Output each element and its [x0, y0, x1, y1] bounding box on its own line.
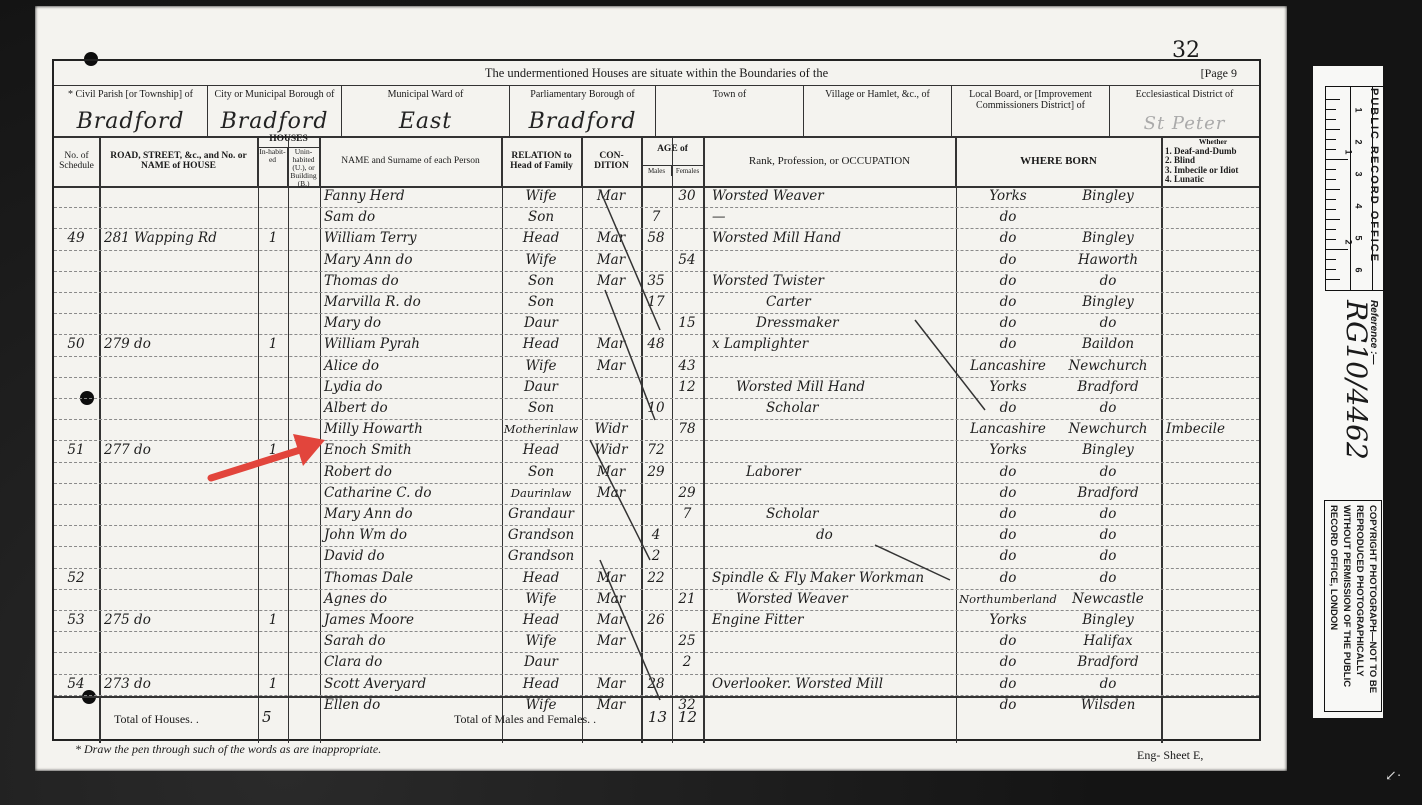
condition	[582, 207, 640, 228]
schedule-number	[54, 652, 98, 673]
birth-county: do	[958, 631, 1058, 652]
person-name: Enoch Smith	[320, 440, 504, 461]
person-name: Thomas Dale	[320, 568, 504, 589]
birth-place: Newcastle	[1056, 589, 1160, 610]
condition: Mar	[582, 462, 640, 483]
birth-place: Newchurch	[1056, 356, 1160, 377]
infirmity	[1162, 652, 1266, 673]
person-name: Robert do	[320, 462, 504, 483]
inhabited-count	[258, 186, 288, 207]
boundary-value: Bradford	[510, 109, 655, 134]
table-row: Sarah do Wife Mar 25 do Halifax	[54, 631, 1259, 653]
birth-place: do	[1056, 462, 1160, 483]
relation: Motherinlaw	[502, 419, 580, 440]
inhabited-count	[258, 292, 288, 313]
footnote: * Draw the pen through such of the words…	[75, 742, 381, 757]
relation: Head	[502, 228, 580, 249]
male-age: 22	[642, 568, 670, 589]
header-whether: Whether 1. Deaf-and-Dumb 2. Blind 3. Imb…	[1162, 136, 1261, 186]
schedule-number: 51	[54, 440, 98, 461]
column-header-row: No. of Schedule ROAD, STREET, &c., and N…	[54, 136, 1259, 188]
road-address	[102, 356, 259, 377]
male-age	[642, 631, 670, 652]
relation: Wife	[502, 589, 580, 610]
birth-county: do	[958, 250, 1058, 271]
relation: Wife	[502, 356, 580, 377]
relation: Son	[502, 271, 580, 292]
female-age	[672, 525, 702, 546]
inhabited-count	[258, 589, 288, 610]
whether-option: 4. Lunatic	[1165, 175, 1204, 185]
infirmity: Imbecile	[1162, 419, 1266, 440]
female-age: 29	[672, 483, 702, 504]
infirmity	[1162, 228, 1266, 249]
occupation	[706, 419, 962, 440]
inhabited-count: 1	[258, 674, 288, 695]
road-address	[102, 525, 259, 546]
header-relation: RELATION to Head of Family	[502, 136, 582, 186]
table-row: 50 279 do 1 William Pyrah Head Mar 48 x …	[54, 334, 1259, 356]
occupation: Spindle & Fly Maker Workman	[706, 568, 962, 589]
road-address	[102, 271, 259, 292]
occupation: —	[706, 207, 962, 228]
person-name: Catharine C. do	[320, 483, 504, 504]
relation: Son	[502, 462, 580, 483]
form-title: The undermentioned Houses are situate wi…	[485, 66, 828, 80]
road-address: 281 Wapping Rd	[102, 228, 259, 249]
infirmity	[1162, 631, 1266, 652]
birth-place: Haworth	[1056, 250, 1160, 271]
infirmity	[1162, 589, 1266, 610]
birth-county: Lancashire	[958, 356, 1058, 377]
male-age	[642, 504, 670, 525]
infirmity	[1162, 568, 1266, 589]
schedule-number: 53	[54, 610, 98, 631]
female-age	[672, 398, 702, 419]
occupation	[706, 483, 962, 504]
person-name: Alice do	[320, 356, 504, 377]
birth-county: do	[958, 292, 1058, 313]
birth-place: Bingley	[1056, 186, 1160, 207]
occupation: Worsted Twister	[706, 271, 962, 292]
inhabited-count	[258, 250, 288, 271]
table-row: Marvilla R. do Son 17 Carter do Bingley	[54, 292, 1259, 314]
condition	[582, 504, 640, 525]
condition: Widr	[582, 440, 640, 461]
schedule-number	[54, 504, 98, 525]
infirmity	[1162, 610, 1266, 631]
inhabited-count	[258, 568, 288, 589]
header-houses: HOUSES In-habit-ed Unin-habited (U.), or…	[258, 136, 320, 186]
birth-place: Baildon	[1056, 334, 1160, 355]
infirmity	[1162, 674, 1266, 695]
male-age	[642, 250, 670, 271]
table-row: 49 281 Wapping Rd 1 William Terry Head M…	[54, 228, 1259, 250]
female-age	[672, 568, 702, 589]
infirmity	[1162, 483, 1266, 504]
condition: Mar	[582, 610, 640, 631]
birth-place: do	[1056, 568, 1160, 589]
condition	[582, 652, 640, 673]
condition: Mar	[582, 228, 640, 249]
relation: Head	[502, 440, 580, 461]
female-age: 78	[672, 419, 702, 440]
infirmity	[1162, 398, 1266, 419]
inhabited-count	[258, 652, 288, 673]
person-name: Sarah do	[320, 631, 504, 652]
table-row: David do Grandson 2 do do	[54, 546, 1259, 568]
condition: Widr	[582, 419, 640, 440]
occupation	[706, 652, 962, 673]
person-name: Mary do	[320, 313, 504, 334]
boundary-label: Town of	[656, 85, 803, 100]
road-address	[102, 568, 259, 589]
condition	[582, 292, 640, 313]
table-row: Clara do Daur 2 do Bradford	[54, 652, 1259, 674]
condition: Mar	[582, 674, 640, 695]
birth-county: do	[958, 568, 1058, 589]
boundary-civil-parish: * Civil Parish [or Township] of Bradford	[54, 85, 208, 136]
relation: Wife	[502, 250, 580, 271]
total-houses-value: 5	[262, 708, 272, 726]
female-age: 43	[672, 356, 702, 377]
male-age	[642, 419, 670, 440]
relation: Son	[502, 292, 580, 313]
boundary-label: Village or Hamlet, &c., of	[804, 85, 951, 100]
road-address	[102, 546, 259, 567]
boundary-town: Town of	[656, 85, 804, 136]
birth-place: Bradford	[1056, 377, 1160, 398]
road-address	[102, 250, 259, 271]
infirmity	[1162, 207, 1266, 228]
corner-mark: ↙·	[1385, 768, 1401, 785]
header-age: AGE of Males Females	[642, 136, 704, 186]
female-age	[672, 440, 702, 461]
birth-place: do	[1056, 525, 1160, 546]
boundary-value: East	[342, 109, 509, 134]
boundary-village: Village or Hamlet, &c., of	[804, 85, 952, 136]
total-males-value: 13	[648, 708, 667, 726]
boundary-value: Bradford	[54, 109, 207, 134]
birth-county: Yorks	[958, 377, 1058, 398]
table-row: Lydia do Daur 12 Worsted Mill Hand Yorks…	[54, 377, 1259, 399]
header-occupation: Rank, Profession, or OCCUPATION	[704, 136, 956, 186]
header-where-born: WHERE BORN	[956, 136, 1162, 186]
census-form: The undermentioned Houses are situate wi…	[52, 59, 1261, 741]
infirmity	[1162, 440, 1266, 461]
condition: Mar	[582, 356, 640, 377]
totals-row: Total of Houses. . 5 Total of Males and …	[54, 696, 1259, 743]
male-age	[642, 377, 670, 398]
birth-place: Bradford	[1056, 652, 1160, 673]
condition: Mar	[582, 631, 640, 652]
birth-county: Northumberland	[958, 589, 1058, 610]
male-age: 4	[642, 525, 670, 546]
road-address	[102, 377, 259, 398]
birth-place: Bingley	[1056, 440, 1160, 461]
road-address	[102, 398, 259, 419]
male-age: 7	[642, 207, 670, 228]
birth-county: do	[958, 313, 1058, 334]
infirmity	[1162, 525, 1266, 546]
birth-county: do	[958, 228, 1058, 249]
person-name: Mary Ann do	[320, 250, 504, 271]
birth-county: Yorks	[958, 610, 1058, 631]
inhabited-count: 1	[258, 334, 288, 355]
boundary-municipal-ward: Municipal Ward of East	[342, 85, 510, 136]
schedule-number	[54, 462, 98, 483]
table-row: Albert do Son 10 Scholar do do	[54, 398, 1259, 420]
total-persons-label: Total of Males and Females. .	[454, 712, 596, 727]
reference-value: RG10/4462	[1340, 300, 1373, 460]
occupation	[706, 356, 962, 377]
inhabited-count: 1	[258, 610, 288, 631]
birth-place: Bradford	[1056, 483, 1160, 504]
condition	[582, 313, 640, 334]
ruler-inch-mark: 1	[1344, 149, 1354, 154]
inhabited-count	[258, 313, 288, 334]
road-address	[102, 292, 259, 313]
birth-county: Lancashire	[958, 419, 1058, 440]
road-address	[102, 186, 259, 207]
table-row: Fanny Herd Wife Mar 30 Worsted Weaver Yo…	[54, 186, 1259, 208]
schedule-number	[54, 186, 98, 207]
occupation: Overlooker. Worsted Mill	[706, 674, 962, 695]
inhabited-count	[258, 207, 288, 228]
birth-place: Newchurch	[1056, 419, 1160, 440]
table-row: 54 273 do 1 Scott Averyard Head Mar 28 O…	[54, 674, 1259, 696]
female-age: 30	[672, 186, 702, 207]
boundary-value: Bradford	[208, 109, 341, 134]
person-name: Clara do	[320, 652, 504, 673]
birth-place: do	[1056, 504, 1160, 525]
road-address: 275 do	[102, 610, 259, 631]
relation: Wife	[502, 631, 580, 652]
boundary-label: Parliamentary Borough of	[510, 85, 655, 100]
inhabited-count	[258, 271, 288, 292]
birth-county: do	[958, 462, 1058, 483]
header-uninhabited: Unin-habited (U.), or Building (B.)	[288, 148, 319, 188]
occupation	[706, 440, 962, 461]
inhabited-count: 1	[258, 228, 288, 249]
inhabited-count	[258, 525, 288, 546]
schedule-number	[54, 589, 98, 610]
birth-county: do	[958, 334, 1058, 355]
male-age: 72	[642, 440, 670, 461]
female-age	[672, 228, 702, 249]
person-name: Sam do	[320, 207, 504, 228]
condition: Mar	[582, 250, 640, 271]
road-address	[102, 207, 259, 228]
birth-county: Yorks	[958, 186, 1058, 207]
female-age	[672, 610, 702, 631]
table-row: Alice do Wife Mar 43 Lancashire Newchurc…	[54, 356, 1259, 378]
total-houses-label: Total of Houses. .	[114, 712, 199, 727]
boundary-label: City or Municipal Borough of	[208, 85, 341, 100]
header-road: ROAD, STREET, &c., and No. or NAME of HO…	[100, 136, 258, 186]
male-age: 35	[642, 271, 670, 292]
occupation: Worsted Mill Hand	[706, 377, 986, 398]
birth-place: do	[1056, 313, 1160, 334]
header-males: Males	[642, 166, 672, 177]
table-row: 52 Thomas Dale Head Mar 22 Spindle & Fly…	[54, 568, 1259, 590]
condition: Mar	[582, 568, 640, 589]
male-age: 58	[642, 228, 670, 249]
condition	[582, 546, 640, 567]
copyright-notice: COPYRIGHT PHOTOGRAPH—NOT TO BE REPRODUCE…	[1324, 500, 1382, 712]
female-age: 21	[672, 589, 702, 610]
birth-county: do	[958, 483, 1058, 504]
schedule-number: 49	[54, 228, 98, 249]
condition: Mar	[582, 334, 640, 355]
occupation	[706, 631, 962, 652]
boundary-ecclesiastical: Ecclesiastical District of St Peter	[1110, 85, 1259, 136]
condition: Mar	[582, 589, 640, 610]
inhabited-count	[258, 356, 288, 377]
relation: Head	[502, 334, 580, 355]
infirmity	[1162, 313, 1266, 334]
boundary-label: Local Board, or [Improvement Commissione…	[952, 85, 1109, 111]
person-name: Albert do	[320, 398, 504, 419]
male-age	[642, 186, 670, 207]
header-condition: CON-DITION	[582, 136, 642, 186]
schedule-number: 50	[54, 334, 98, 355]
schedule-number	[54, 398, 98, 419]
male-age: 17	[642, 292, 670, 313]
relation: Grandson	[502, 525, 580, 546]
schedule-number	[54, 483, 98, 504]
birth-county: Yorks	[958, 440, 1058, 461]
female-age	[672, 271, 702, 292]
table-row: Sam do Son 7 — do	[54, 207, 1259, 229]
person-name: Mary Ann do	[320, 504, 504, 525]
header-road-text: ROAD, STREET, &c., and No. or NAME of HO…	[100, 151, 257, 172]
birth-place: do	[1056, 271, 1160, 292]
birth-place: Bingley	[1056, 228, 1160, 249]
road-address	[102, 589, 259, 610]
boundary-label: * Civil Parish [or Township] of	[54, 85, 207, 100]
relation: Head	[502, 674, 580, 695]
table-row: Agnes do Wife Mar 21 Worsted Weaver Nort…	[54, 589, 1259, 611]
inhabited-count	[258, 398, 288, 419]
ruler-inch-mark: 2	[1344, 239, 1354, 244]
road-address	[102, 631, 259, 652]
table-row: John Wm do Grandson 4 do do do	[54, 525, 1259, 547]
total-females-value: 12	[678, 708, 697, 726]
schedule-number	[54, 250, 98, 271]
boundary-parliamentary-borough: Parliamentary Borough of Bradford	[510, 85, 656, 136]
male-age	[642, 356, 670, 377]
person-name: Lydia do	[320, 377, 504, 398]
table-row: Thomas do Son Mar 35 Worsted Twister do …	[54, 271, 1259, 293]
infirmity	[1162, 271, 1266, 292]
relation: Wife	[502, 186, 580, 207]
schedule-number	[54, 546, 98, 567]
birth-county: do	[958, 271, 1058, 292]
female-age: 15	[672, 313, 702, 334]
header-inhabited: In-habit-ed	[258, 148, 288, 188]
inhabited-count	[258, 504, 288, 525]
header-schedule: No. of Schedule	[54, 136, 100, 186]
person-name: Thomas do	[320, 271, 504, 292]
relation: Head	[502, 568, 580, 589]
birth-place: Halifax	[1056, 631, 1160, 652]
person-name: Agnes do	[320, 589, 504, 610]
person-name: Fanny Herd	[320, 186, 504, 207]
relation: Daur	[502, 313, 580, 334]
header-females: Females	[672, 166, 703, 177]
birth-county: do	[958, 525, 1058, 546]
boundaries-row: * Civil Parish [or Township] of Bradford…	[54, 85, 1259, 138]
header-name: NAME and Surname of each Person	[320, 136, 502, 186]
road-address	[102, 504, 259, 525]
birth-county: do	[958, 207, 1058, 228]
schedule-number: 52	[54, 568, 98, 589]
infirmity	[1162, 186, 1266, 207]
schedule-number	[54, 271, 98, 292]
relation: Head	[502, 610, 580, 631]
schedule-number	[54, 292, 98, 313]
female-age	[672, 292, 702, 313]
relation: Grandson	[502, 546, 580, 567]
birth-place: do	[1056, 398, 1160, 419]
occupation: Engine Fitter	[706, 610, 962, 631]
birth-place: Bingley	[1056, 610, 1160, 631]
record-office-title: PUBLIC RECORD OFFICE	[1360, 88, 1380, 288]
female-age: 54	[672, 250, 702, 271]
birth-county: do	[958, 674, 1058, 695]
condition: Mar	[582, 271, 640, 292]
female-age	[672, 462, 702, 483]
person-name: David do	[320, 546, 504, 567]
birth-place: do	[1056, 674, 1160, 695]
infirmity	[1162, 334, 1266, 355]
occupation: x Lamplighter	[706, 334, 962, 355]
schedule-number	[54, 631, 98, 652]
schedule-number	[54, 377, 98, 398]
inhabited-count	[258, 546, 288, 567]
relation: Son	[502, 398, 580, 419]
female-age: 2	[672, 652, 702, 673]
occupation: Worsted Weaver	[706, 589, 986, 610]
person-name: Marvilla R. do	[320, 292, 504, 313]
page-label: [Page 9	[1201, 61, 1237, 85]
infirmity	[1162, 462, 1266, 483]
boundary-value: St Peter	[1110, 113, 1259, 134]
female-age: 25	[672, 631, 702, 652]
birth-county: do	[958, 546, 1058, 567]
occupation	[706, 250, 962, 271]
female-age	[672, 334, 702, 355]
female-age: 7	[672, 504, 702, 525]
male-age	[642, 652, 670, 673]
condition: Mar	[582, 186, 640, 207]
birth-county: do	[958, 504, 1058, 525]
boundary-municipal-borough: City or Municipal Borough of Bradford	[208, 85, 342, 136]
birth-place	[1056, 207, 1160, 228]
sheet-identifier: Eng- Sheet E,	[1137, 748, 1203, 763]
boundary-label: Ecclesiastical District of	[1110, 85, 1259, 100]
occupation: Worsted Mill Hand	[706, 228, 962, 249]
male-age	[642, 313, 670, 334]
occupation: Worsted Weaver	[706, 186, 962, 207]
condition: Mar	[582, 483, 640, 504]
condition	[582, 525, 640, 546]
occupation	[706, 546, 962, 567]
male-age: 10	[642, 398, 670, 419]
birth-place: do	[1056, 546, 1160, 567]
person-name: William Pyrah	[320, 334, 504, 355]
